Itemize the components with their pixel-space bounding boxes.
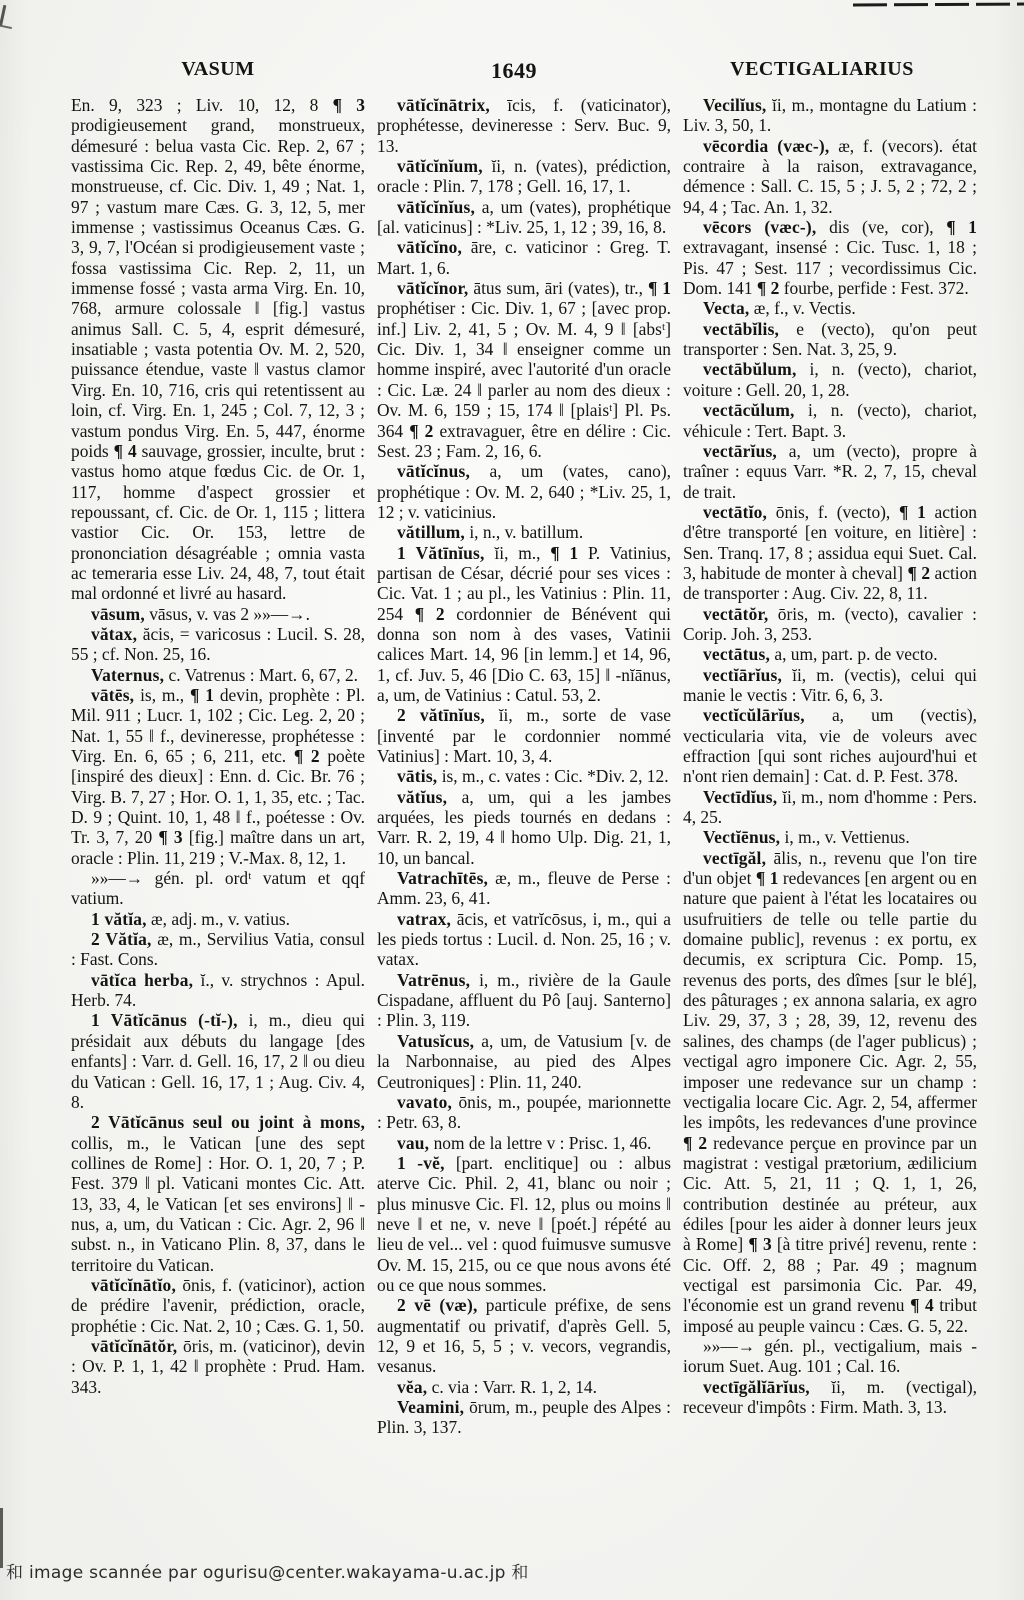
dictionary-entry: vectācŭlum, i, n. (vecto), chariot, véhi… xyxy=(683,400,977,441)
dictionary-entry: 1 Vātĭcānus (-tĭ-), i, m., dieu qui prés… xyxy=(71,1010,365,1112)
dictionary-entry: Vecilĭus, ĭi, m., montagne du Latium : L… xyxy=(683,95,977,136)
dictionary-entry: Vatrēnus, i, m., rivière de la Gaule Cis… xyxy=(377,970,671,1031)
column-left: En. 9, 323 ; Liv. 10, 12, 8 ¶ 3 prodigie… xyxy=(71,95,365,1543)
dictionary-entry: vectīgălĭārĭus, ĭi, m. (vectigal), recev… xyxy=(683,1377,977,1418)
running-head: VASUM 1649 VECTIGALIARIUS xyxy=(0,58,1024,88)
dictionary-entry: vectīgăl, ālis, n., revenu que l'on tire… xyxy=(683,848,977,1336)
dictionary-entry: Vectĭēnus, i, m., v. Vettienus. xyxy=(683,827,977,847)
guide-word-left: VASUM xyxy=(181,58,254,81)
dictionary-entry: vectātus, a, um, part. p. de vecto. xyxy=(683,644,977,664)
dictionary-entry: vātĭca herba, ĭ., v. strychnos : Apul. H… xyxy=(71,970,365,1011)
dictionary-entry: Vatusĭcus, a, um, de Vatusium [v. de la … xyxy=(377,1031,671,1092)
dictionary-entry: vectĭārĭus, ĭi, m. (vectis), celui qui m… xyxy=(683,665,977,706)
page-number: 1649 xyxy=(491,58,537,84)
dictionary-entry: vavato, ōnis, m., poupée, marionnette : … xyxy=(377,1092,671,1133)
dictionary-entry: vātĭcĭnor, ātus sum, āri (vates), tr., ¶… xyxy=(377,278,671,461)
dictionary-entry: vectārĭus, a, um (vecto), propre à traîn… xyxy=(683,441,977,502)
dictionary-entry: vātĭcĭnĭum, ĭi, n. (vates), prédiction, … xyxy=(377,156,671,197)
column-middle: vātĭcĭnātrix, īcis, f. (vaticinator), pr… xyxy=(377,95,671,1543)
column-right: Vecilĭus, ĭi, m., montagne du Latium : L… xyxy=(683,95,977,1543)
dictionary-entry: vēcors (væc-), dis (ve, cor), ¶ 1 extrav… xyxy=(683,217,977,298)
dictionary-entry: vātĭcĭnātŏr, ōris, m. (vaticinor), devin… xyxy=(71,1336,365,1397)
dictionary-entry: Vatrachītēs, æ, m., fleuve de Perse : Am… xyxy=(377,868,671,909)
grammatical-note: »»―→ gén. pl. ordᵗ vatum et qqf vatium. xyxy=(71,868,365,909)
dictionary-entry: vātĭcĭnĭus, a, um (vates), prophétique [… xyxy=(377,197,671,238)
dictionary-entry: vectĭcŭlārĭus, a, um (vectis), vecticula… xyxy=(683,705,977,786)
dictionary-entry: 2 Vātĭcānus seul ou joint à mons, collis… xyxy=(71,1112,365,1275)
dictionary-entry: vātĭcĭno, āre, c. vaticinor : Greg. T. M… xyxy=(377,237,671,278)
dictionary-entry: vēcordia (væc-), æ, f. (vecors). état co… xyxy=(683,136,977,217)
dictionary-entry: vāsum, vāsus, v. vas 2 »»―→. xyxy=(71,604,365,624)
scan-artifact-left-edge xyxy=(0,1508,3,1568)
dictionary-entry: vătillum, i, n., v. batillum. xyxy=(377,522,671,542)
dictionary-entry: En. 9, 323 ; Liv. 10, 12, 8 ¶ 3 prodigie… xyxy=(71,95,365,604)
dictionary-entry: vectātŏr, ōris, m. (vecto), cavalier : C… xyxy=(683,604,977,645)
dictionary-entry: vātĭcĭnātrix, īcis, f. (vaticinator), pr… xyxy=(377,95,671,156)
dictionary-text-block: En. 9, 323 ; Liv. 10, 12, 8 ¶ 3 prodigie… xyxy=(71,95,977,1543)
dictionary-entry: Veamini, ōrum, m., peuple des Alpes : Pl… xyxy=(377,1397,671,1438)
dictionary-entry: 1 Vătīnĭus, ĭi, m., ¶ 1 P. Vatinius, par… xyxy=(377,543,671,706)
dictionary-entry: vĕa, c. via : Varr. R. 1, 2, 14. xyxy=(377,1377,671,1397)
dictionary-entry: 2 vătīnĭus, ĭi, m., sorte de vase [inven… xyxy=(377,705,671,766)
dictionary-entry: 1 vătĭa, æ, adj. m., v. vatius. xyxy=(71,909,365,929)
dictionary-entry: vectātĭo, ōnis, f. (vecto), ¶ 1 action d… xyxy=(683,502,977,604)
grammatical-note: »»―→ gén. pl., vectigalium, mais -iorum … xyxy=(683,1336,977,1377)
dictionary-entry: Vecta, æ, f., v. Vectis. xyxy=(683,298,977,318)
dictionary-entry: vātĭcĭnus, a, um (vates, cano), prophéti… xyxy=(377,461,671,522)
dictionary-entry: vatrax, ācis, et vatrĭcōsus, i, m., qui … xyxy=(377,909,671,970)
dictionary-entry: vectābŭlum, i, n. (vecto), chariot, voit… xyxy=(683,359,977,400)
dictionary-entry: Vaternus, c. Vatrenus : Mart. 6, 67, 2. xyxy=(71,665,365,685)
scan-credit-line: 和 image scannée par ogurisu@center.wakay… xyxy=(6,1558,529,1583)
dictionary-entry: 2 Vătĭa, æ, m., Servilius Vatia, consul … xyxy=(71,929,365,970)
dictionary-entry: Vectīdĭus, ĭi, m., nom d'homme : Pers. 4… xyxy=(683,787,977,828)
guide-word-right: VECTIGALIARIUS xyxy=(730,58,914,81)
dictionary-entry: 2 vē (væ), particule préfixe, de sens au… xyxy=(377,1295,671,1376)
dictionary-entry: vătax, ăcis, = varicosus : Lucil. S. 28,… xyxy=(71,624,365,665)
dictionary-entry: 1 -vĕ, [part. enclitique] ou : albus ate… xyxy=(377,1153,671,1295)
dictionary-entry: vau, nom de la lettre v : Prisc. 1, 46. xyxy=(377,1133,671,1153)
dictionary-entry: vātēs, is, m., ¶ 1 devin, prophète : Pl.… xyxy=(71,685,365,868)
dictionary-entry: vātĭcĭnātĭo, ōnis, f. (vaticinor), actio… xyxy=(71,1275,365,1336)
dictionary-entry: vātis, is, m., c. vates : Cic. *Div. 2, … xyxy=(377,766,671,786)
dictionary-entry: vectābĭlis, e (vecto), qu'on peut transp… xyxy=(683,319,977,360)
dictionary-entry: vătĭus, a, um, qui a les jambes arquées,… xyxy=(377,787,671,868)
